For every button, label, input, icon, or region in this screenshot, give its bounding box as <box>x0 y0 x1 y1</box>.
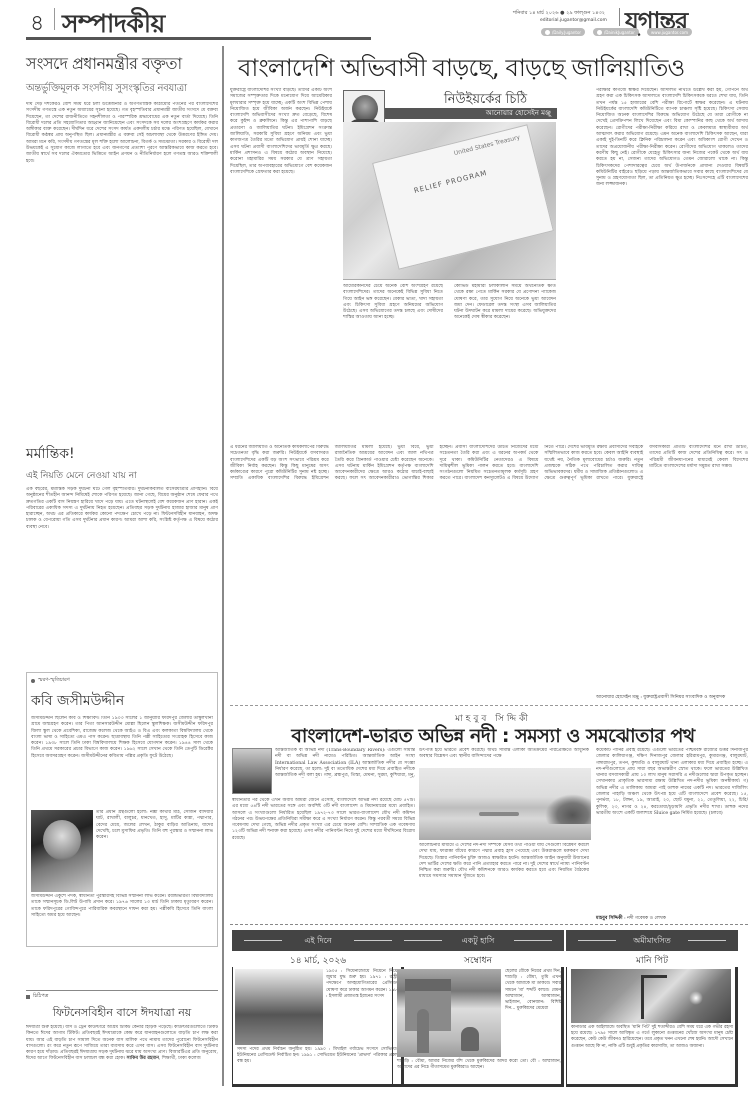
section-tag: চিঠিপত্র <box>26 993 218 1001</box>
event-list: ১৯০৫ : সিয়েনান্ডোয়ে নিয়েনে নিয়েন জুয… <box>326 969 400 1000</box>
editorial-title: মর্মান্তিক! <box>26 442 218 466</box>
feature-card: ১৯০৫ : সিয়েনান্ডোয়ে নিয়েনে নিয়েন জুয… <box>232 967 404 1087</box>
author-photo <box>232 748 272 794</box>
joke-feature: একটু হাসি সম্বোধন ছেলের বৌকে নিয়ের প্রথ… <box>392 930 564 1090</box>
author-name: আনোয়ার হোসেইন মঞ্জু <box>385 108 557 119</box>
article-photo: United States Treasury RELIEF PROGRAM <box>343 122 556 280</box>
issue-date: শনিবার ১৪ মার্চ ২০২৬ ● ২৯ ফাল্গুন ১৪৩২ <box>513 10 605 18</box>
author-byline: আনোয়ার হোসেইন মঞ্জু : যুক্তরাষ্ট্রপ্রবা… <box>596 693 748 701</box>
editorial-email[interactable]: editorial.jugantor@gmail.com <box>540 18 607 23</box>
square-icon <box>26 995 30 999</box>
soldiers-photo <box>235 969 323 1045</box>
cartoon-illustration <box>397 969 501 1057</box>
article-body: যুক্তরাষ্ট্রে বাংলাদেশির সংখ্যা বাড়ছে। … <box>230 88 332 438</box>
editorial-article: সংসদে প্রধানমন্ত্রীর বক্তৃতা অন্তর্ভুক্ত… <box>26 51 218 432</box>
letter-title: ফিটনেসবিহীন বাসে ঈদযাত্রা নয় <box>26 1004 218 1023</box>
bullet-icon <box>31 679 35 683</box>
scaffold-graphic <box>641 975 667 978</box>
facebook-link[interactable]: /DainikJugantor <box>593 28 639 36</box>
feature-card: কানাডার এক আইল্যান্ডে অবস্থিত 'মানি পিট'… <box>566 967 738 1087</box>
river-photo <box>419 768 591 840</box>
section-divider <box>230 924 748 925</box>
scaffold-graphic <box>641 975 644 1019</box>
website-link[interactable]: www.jugantor.com <box>647 28 692 36</box>
lantern-glow <box>689 991 703 1005</box>
article-body: উৎপত্তি হয়ে ভারতে প্রবেশ করেছে। অথচ সীম… <box>419 748 589 768</box>
youtube-handle: /Daily.Jugantor <box>552 30 581 35</box>
youtube-icon <box>545 30 550 35</box>
article-body: কয়েকটি পানির প্রবাহ রয়েছে। এগুলো ভারতে… <box>596 748 748 910</box>
masthead: ৪ সম্পাদকীয় শনিবার ১৪ মার্চ ২০২৬ ● ২৯ ফ… <box>0 0 751 44</box>
feature-card: ছেলের বৌকে নিয়ের প্রথম দিন, শাশুড়ি : ব… <box>392 967 564 1087</box>
facebook-handle: /DainikJugantor <box>604 30 635 35</box>
boat-graphic <box>479 812 519 816</box>
feature-band: অমীমাংসিত <box>566 930 738 951</box>
website-url: www.jugantor.com <box>651 30 688 35</box>
feature-title: মানি পিট <box>566 953 738 968</box>
document-image <box>372 124 554 269</box>
column-divider <box>222 46 224 1086</box>
letter-signature: সাকিব উর রহমান <box>127 1056 159 1061</box>
this-day-feature: এই দিনে ১৪ মার্চ, ২০২৬ ১৯০৫ : সিয়েনান্ড… <box>232 930 404 1090</box>
feature-band: এই দিনে <box>232 930 404 951</box>
facebook-icon <box>597 30 602 35</box>
event-list: সদস্য পদের প্রথম নির্বাচন অনুষ্ঠিত হয়। … <box>237 1047 399 1066</box>
letter-body: ঈদযাত্রা শুরু হয়েছে। বাস ও ট্রেন কাউন্ট… <box>26 1025 218 1087</box>
article-body: আন্তর্জাতিক বা অভিন্ন নদী (Trans-Boundar… <box>275 748 415 778</box>
feature-tag: স্মরণ-স্মৃতিচারণ <box>31 677 213 685</box>
masthead-rule <box>26 37 371 40</box>
author-byline: মাহবুব সিদ্দিকী : নদী গবেষক ও লেখক <box>596 914 748 922</box>
editorial-subtitle: অন্তর্ভুক্তিমূলক সংসদীয় সুসংস্কৃতির নবয… <box>26 81 218 98</box>
section-title: সম্পাদকীয় <box>62 4 165 47</box>
article-body: স্বাধীনতার পর থেকে এখন অবধি আমরা জেনে এস… <box>232 798 415 926</box>
divider <box>54 8 55 30</box>
article-body: এ ধরনের জালিয়াতি ও অনৈতিক কার্যকলাপের ব… <box>230 445 748 707</box>
editorial-subtitle: এই নিয়তি মেনে নেওয়া যায় না <box>26 468 218 483</box>
feature-body: কানাডার এক আইল্যান্ডে অবস্থিত 'মানি পিট'… <box>571 1025 733 1050</box>
woman-figure <box>417 1009 429 1053</box>
article-body: কোভিড মহামারী চলাকালীন সময়ে অর্থনৈতিক ক… <box>454 284 556 439</box>
poet-portrait <box>31 810 93 892</box>
girl-figure <box>461 1027 479 1051</box>
youtube-link[interactable]: /Daily.Jugantor <box>541 28 585 36</box>
section-divider <box>230 705 748 706</box>
feature-date: ১৪ মার্চ, ২০২৬ <box>232 953 404 968</box>
feature-band: একটু হাসি <box>392 930 564 951</box>
editorial-column: সংসদে প্রধানমন্ত্রীর বক্তৃতা অন্তর্ভুক্ত… <box>26 46 218 727</box>
feature-body: জসীমউদ্দীন একুশে পদক, স্বাধীনতা পুরস্কার… <box>31 894 213 954</box>
unsolved-feature: অমীমাংসিত মানি পিট কানাডার এক আইল্যান্ডে… <box>566 930 738 1090</box>
feature-title: সম্বোধন <box>392 953 564 968</box>
joke-text: শাশুড়ি : বৌমা, আমার নিজের বাঁশ থেকে মুর… <box>397 1059 561 1071</box>
feature-body: জসীমউদ্দীন ছিলেন কবি ও শিক্ষাবিদ। তিনি ১… <box>31 716 213 808</box>
article-body: পরীক্ষার কাগজে স্বাক্ষর দিয়েছেন। আদালত … <box>596 88 748 443</box>
divider <box>619 8 620 26</box>
feature-body: তার প্রধান গ্রন্থগুলো হলো: নক্সী কাঁথার … <box>96 810 213 892</box>
poet-feature: স্মরণ-স্মৃতিচারণ কবি জসীমউদ্দীন জসীমউদ্দ… <box>26 672 218 947</box>
editorial-title: সংসদে প্রধানমন্ত্রীর বক্তৃতা <box>26 51 218 78</box>
letters-section: চিঠিপত্র ফিটনেসবিহীন বাসে ঈদযাত্রা নয় ঈ… <box>26 990 218 1088</box>
joke-text: ছেলের বৌকে নিয়ের প্রথম দিন, শাশুড়ি : ব… <box>505 969 561 1012</box>
trees-graphic <box>545 794 591 824</box>
article-body: আমেরিকানদের চেয়ে অনেক বেশি অংশগ্রহণ রয়… <box>343 284 443 439</box>
money-pit-illustration <box>571 969 731 1023</box>
editorial-body: দীর্ঘ দেড় দশকেরও বেশি সময় ধরে চলা উত্ত… <box>26 102 218 432</box>
newspaper-logo: যুগান্তর <box>625 3 687 43</box>
article-body: আলোচনার মাধ্যমে এ দেশের নদ-নদী সম্পর্কে … <box>419 843 589 927</box>
feature-title: কবি জসীমউদ্দীন <box>31 689 213 713</box>
article-headline[interactable]: বাংলাদেশি অভিবাসী বাড়ছে, বাড়ছে জালিয়া… <box>238 50 748 90</box>
